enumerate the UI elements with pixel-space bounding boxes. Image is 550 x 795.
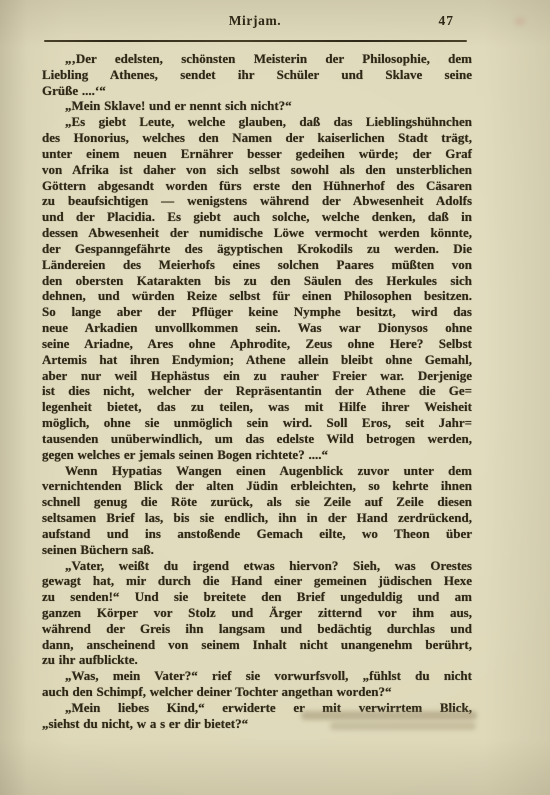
page-text: „‚Der edelsten, schönsten Meisterin der … [42, 51, 472, 732]
header-rule [44, 40, 467, 42]
text-line: „Es giebt Leute, welche glauben, daß das… [42, 114, 472, 130]
text-line: So lange aber der Pflüger keine Nymphe b… [42, 304, 472, 320]
text-line: vernichtenden Blick der alten Jüdin erbl… [42, 478, 472, 494]
text-line: gegen welches er jemals seinen Bogen ric… [42, 447, 472, 463]
text-line: möglich, ohne sie unmöglich sein wird. S… [42, 415, 472, 431]
text-line: ganzen Körper vor Stolz und Ärger zitter… [42, 605, 472, 621]
text-line: zu ihr aufblickte. [42, 652, 472, 668]
bleedthrough-smudge [301, 711, 477, 720]
text-line: „Mein Sklave! und er nennt sich nicht?“ [42, 98, 472, 114]
text-line: der Gespanngefährte des ägyptischen Krok… [42, 241, 472, 257]
text-line: Wenn Hypatias Wangen einen Augenblick zu… [42, 463, 472, 479]
text-line: „Vater, weißt du irgend etwas hiervon? S… [42, 558, 472, 574]
margin-spot [514, 17, 526, 26]
text-line: „‚Der edelsten, schönsten Meisterin der … [42, 51, 472, 67]
text-line: Ländereien des Meierhofs eines solchen P… [42, 257, 472, 273]
text-line: unter einem neuen Ernährer besser gedeih… [42, 146, 472, 162]
text-line: dann, anscheinend von seinem Inhalt nich… [42, 637, 472, 653]
text-line: schnell genug die Röte zurück, als sie Z… [42, 494, 472, 510]
text-line: des Honorius, welches den Namen der kais… [42, 130, 472, 146]
text-line: und der Placidia. Es giebt auch solche, … [42, 209, 472, 225]
text-line: Grüße ....‘“ [42, 83, 472, 99]
page-header: Mirjam. 47 [43, 13, 467, 31]
text-line: auch den Schimpf, welcher deiner Tochter… [42, 684, 472, 700]
book-page: Mirjam. 47 „‚Der edelsten, schönsten Mei… [0, 0, 550, 795]
text-line: seinen Büchern saß. [42, 542, 472, 558]
text-line: während der Greis ihn langsam und bedäch… [42, 621, 472, 637]
bleedthrough-smudge [330, 722, 476, 730]
text-line: dehnen, und würden Reize selbst für eine… [42, 288, 472, 304]
running-title: Mirjam. [43, 13, 467, 29]
text-line: den obersten Katarakten bis zu den Säule… [42, 273, 472, 289]
text-line: tausenden unüberwindlich, um das edelste… [42, 431, 472, 447]
text-line: aufstand und ins anstoßende Gemach eilte… [42, 526, 472, 542]
text-line: ist dies nicht, welcher der Repräsentant… [42, 383, 472, 399]
page-number: 47 [439, 13, 455, 29]
text-line: Göttern abgesandt worden fürs erste den … [42, 178, 472, 194]
text-line: neue Arkadien unvollkommen sein. Was war… [42, 320, 472, 336]
text-line: von Afrika ist daher von sich selbst sow… [42, 162, 472, 178]
text-line: seine Ariadne, Ares ohne Aphrodite, Zeus… [42, 336, 472, 352]
text-line: Artemis hat ihren Endymion; Athene allei… [42, 352, 472, 368]
text-line: „Was, mein Vater?“ rief sie vorwurfsvoll… [42, 668, 472, 684]
text-line: legenheit bietet, das zu teilen, was mit… [42, 399, 472, 415]
text-line: zu beaufsichtigen — wenigstens während d… [42, 193, 472, 209]
text-line: seltsamen Brief las, bis sie endlich, ih… [42, 510, 472, 526]
text-line: gewagt hat, mir durch die Hand einer gem… [42, 573, 472, 589]
text-line: dessen Abwesenheit der numidische Löwe v… [42, 225, 472, 241]
text-line: zu senden!“ Und sie breitete den Brief u… [42, 589, 472, 605]
text-line: Liebling Athenes, sendet ihr Schüler und… [42, 67, 472, 83]
text-line: aber nur weil Hephästus ein zu rauher Fr… [42, 368, 472, 384]
